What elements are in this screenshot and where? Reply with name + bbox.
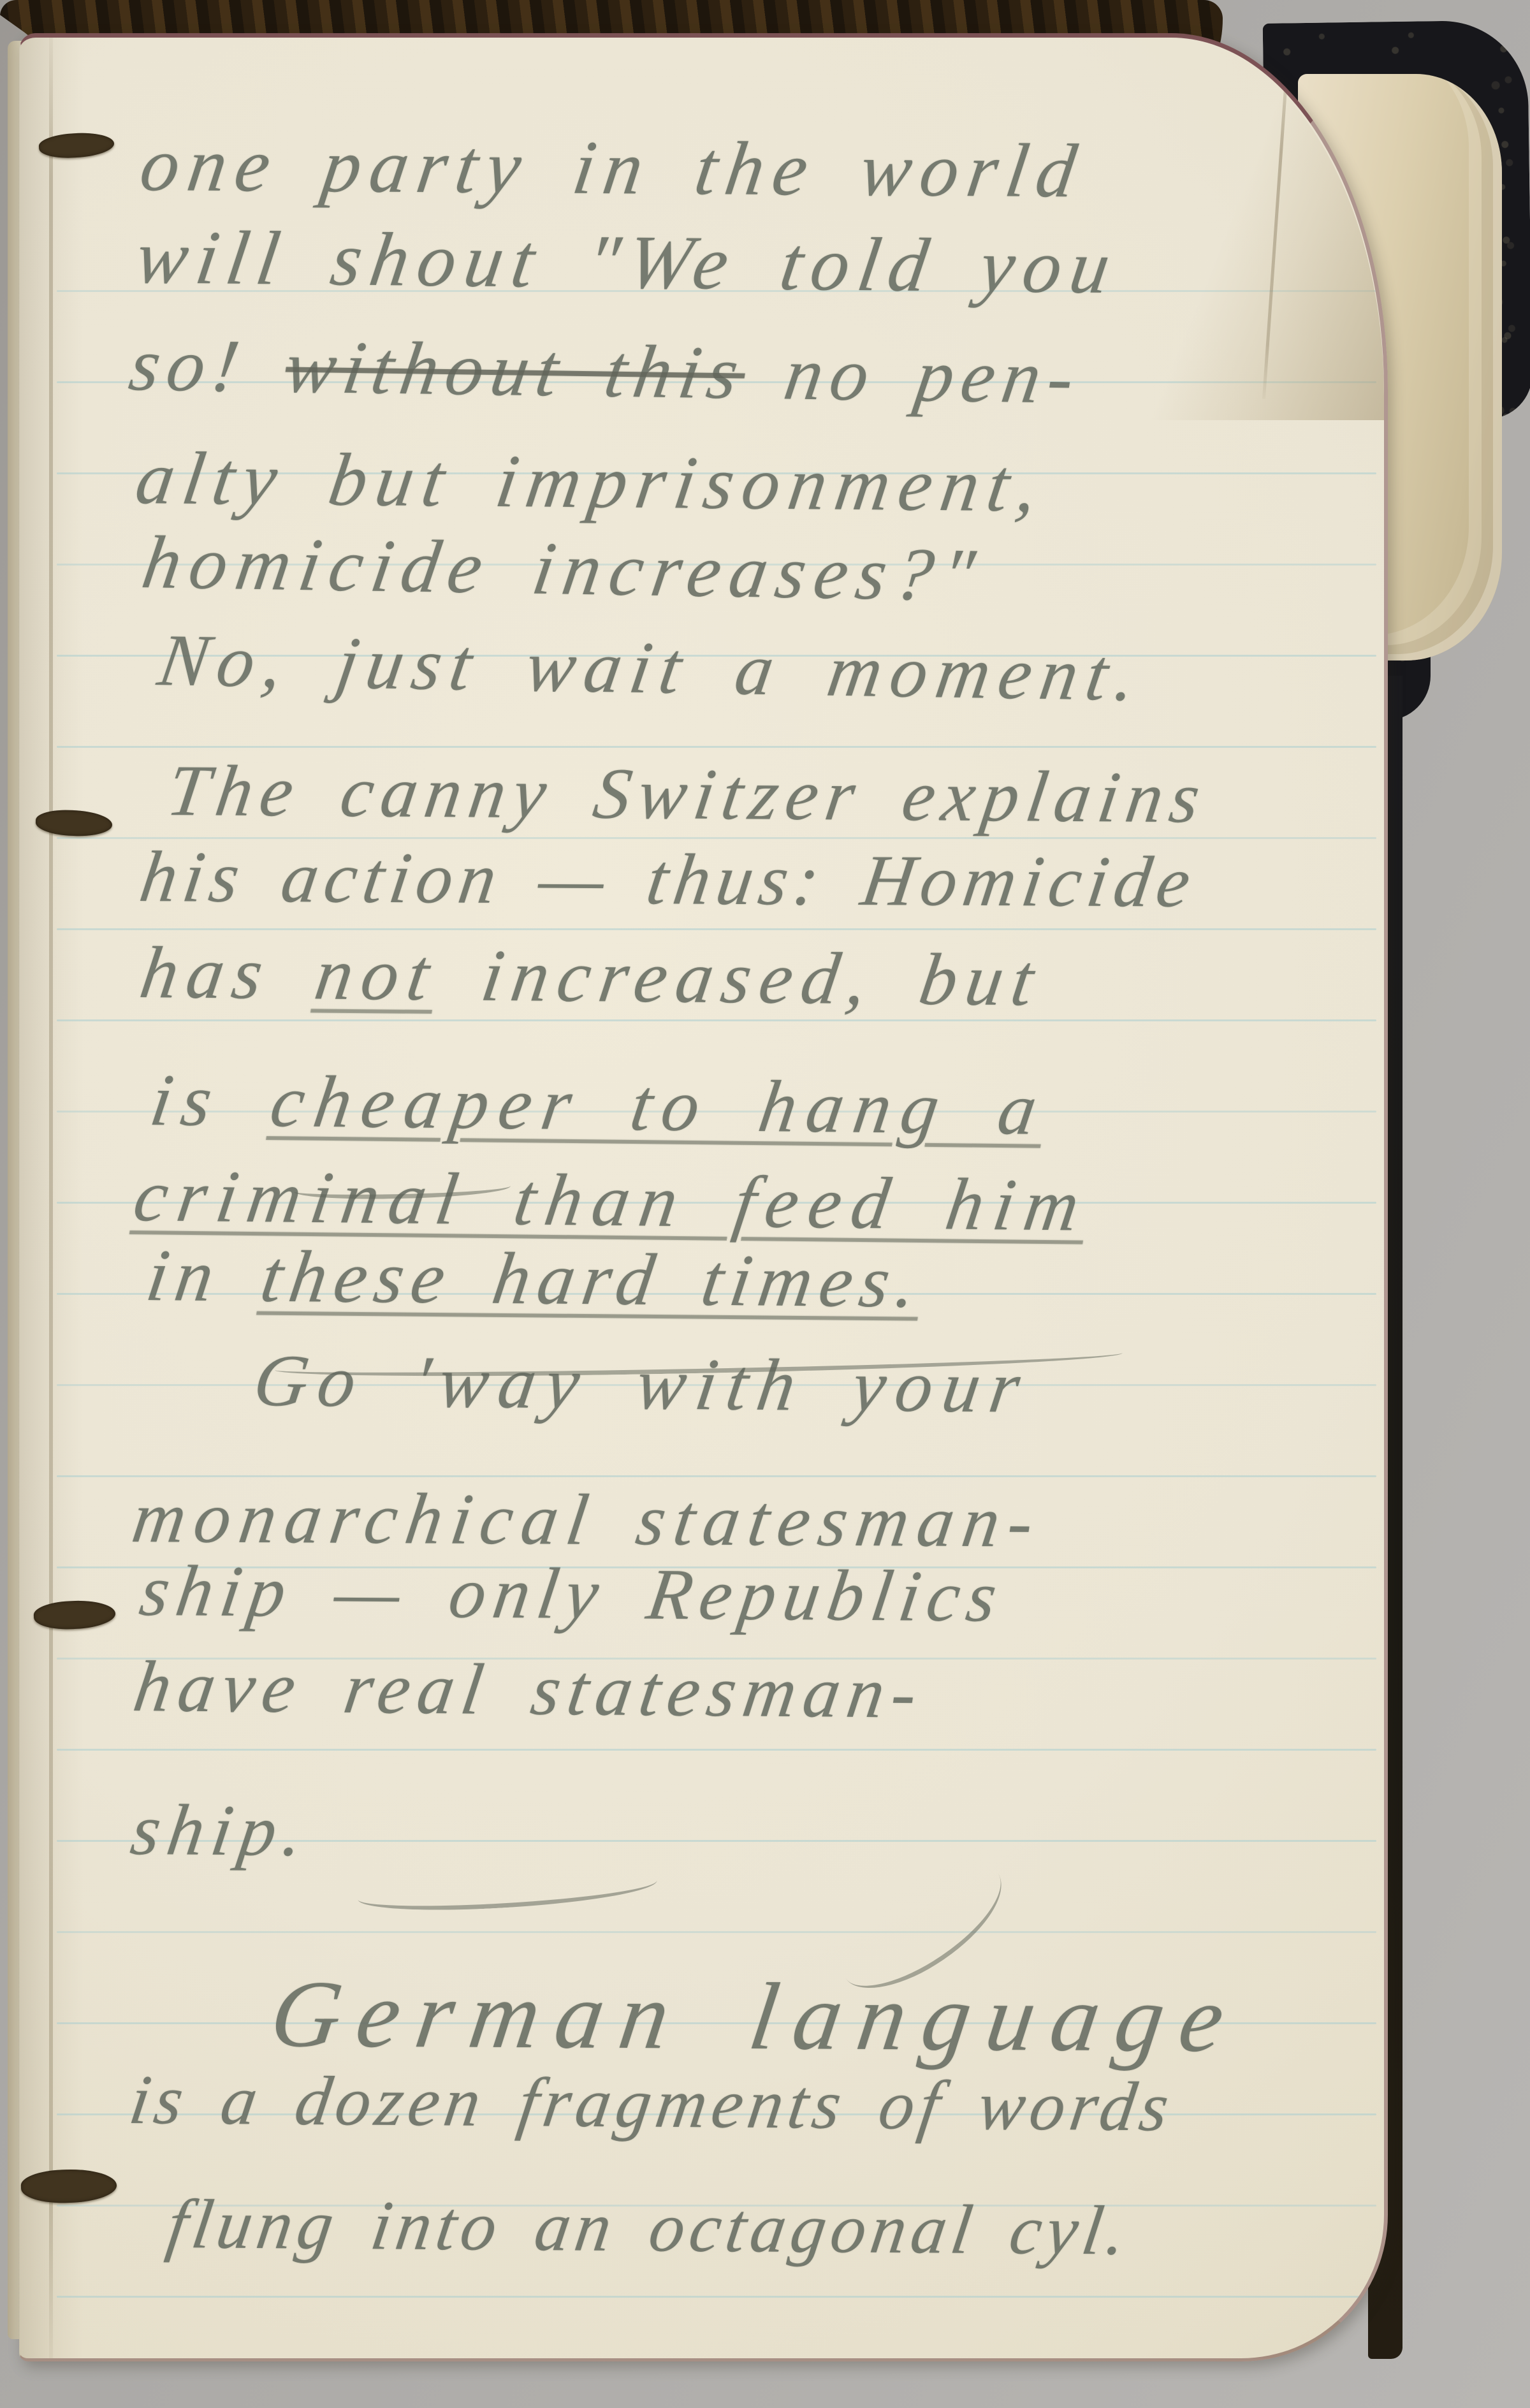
rule-line <box>57 2296 1376 2298</box>
handwriting-line: German language <box>265 1966 1246 2067</box>
handwriting-segment: flung into an octagonal cyl. <box>163 2185 1136 2269</box>
handwriting-line: The canny Switzer explains <box>163 754 1212 834</box>
handwriting-line: alty but imprisonment, <box>131 441 1051 523</box>
handwriting-segment: increased, but <box>431 935 1047 1021</box>
handwriting-line: is a dozen fragments of words <box>126 2064 1178 2142</box>
handwriting-segment: is <box>145 1060 278 1142</box>
handwriting-segment: will shout "We told you <box>131 214 1125 309</box>
handwriting-line: one party in the world <box>136 126 1089 209</box>
binding-stitch <box>20 2168 117 2204</box>
handwriting-segment: have real statesman- <box>129 1645 929 1733</box>
handwriting-segment: cheaper to hang a <box>265 1061 1052 1151</box>
handwriting-line: ship. <box>127 1793 315 1867</box>
rule-line <box>57 1931 1376 1933</box>
handwriting-line: is cheaper to hang a <box>146 1063 1052 1147</box>
handwriting-segment: homicide increases?" <box>137 520 989 617</box>
rule-line <box>57 928 1376 930</box>
rule-line <box>57 1019 1376 1021</box>
handwriting-segment: No, just wait a moment. <box>153 620 1150 717</box>
flourish-after-ship <box>357 1865 658 1916</box>
handwriting-segment: so! <box>124 323 293 408</box>
handwriting-line: in these hard times. <box>142 1239 929 1319</box>
handwriting-segment: one party in the world <box>135 122 1090 213</box>
handwriting-line: ship — only Republics <box>136 1554 1009 1633</box>
handwriting-line: flung into an octagonal cyl. <box>163 2189 1135 2265</box>
handwriting-line: will shout "We told you <box>131 219 1124 305</box>
notebook-scan: one party in the worldwill shout "We tol… <box>0 0 1530 2408</box>
handwriting-segment: monarchical statesman- <box>127 1477 1047 1562</box>
handwriting-segment: his action — thus: Homicide <box>135 836 1202 923</box>
handwriting-line: No, just wait a moment. <box>154 624 1149 713</box>
handwriting-segment: has <box>135 932 322 1015</box>
handwriting-segment: in <box>142 1235 268 1317</box>
handwriting-line: has not increased, but <box>136 936 1047 1018</box>
handwriting-line: so! without this no pen- <box>125 327 1087 416</box>
handwriting-segment: not <box>310 934 443 1016</box>
handwriting-line: homicide increases?" <box>138 525 988 613</box>
handwriting-segment: no pen- <box>739 332 1088 420</box>
handwriting-line: his action — thus: Homicide <box>136 840 1201 919</box>
handwriting-line: have real statesman- <box>129 1650 929 1730</box>
handwriting-segment: these hard times. <box>256 1236 929 1324</box>
handwriting-segment: The canny Switzer explains <box>163 750 1213 838</box>
handwriting-line: monarchical statesman- <box>128 1481 1047 1558</box>
handwriting-segment: without this <box>280 325 752 415</box>
notebook-page: one party in the worldwill shout "We tol… <box>19 33 1388 2361</box>
handwriting-segment: is a dozen fragments of words <box>125 2061 1179 2145</box>
handwriting-line: criminal than feed him <box>129 1159 1094 1243</box>
rule-line <box>57 1749 1376 1751</box>
gutter-crease <box>49 38 53 2358</box>
handwriting-segment: ship — only Republics <box>135 1550 1009 1637</box>
handwriting-segment: criminal than feed him <box>129 1155 1095 1246</box>
handwriting-segment: alty but imprisonment, <box>131 436 1052 527</box>
handwriting-segment: German language <box>265 1961 1248 2072</box>
rule-line <box>57 746 1376 748</box>
handwriting-segment: ship. <box>126 1789 316 1871</box>
